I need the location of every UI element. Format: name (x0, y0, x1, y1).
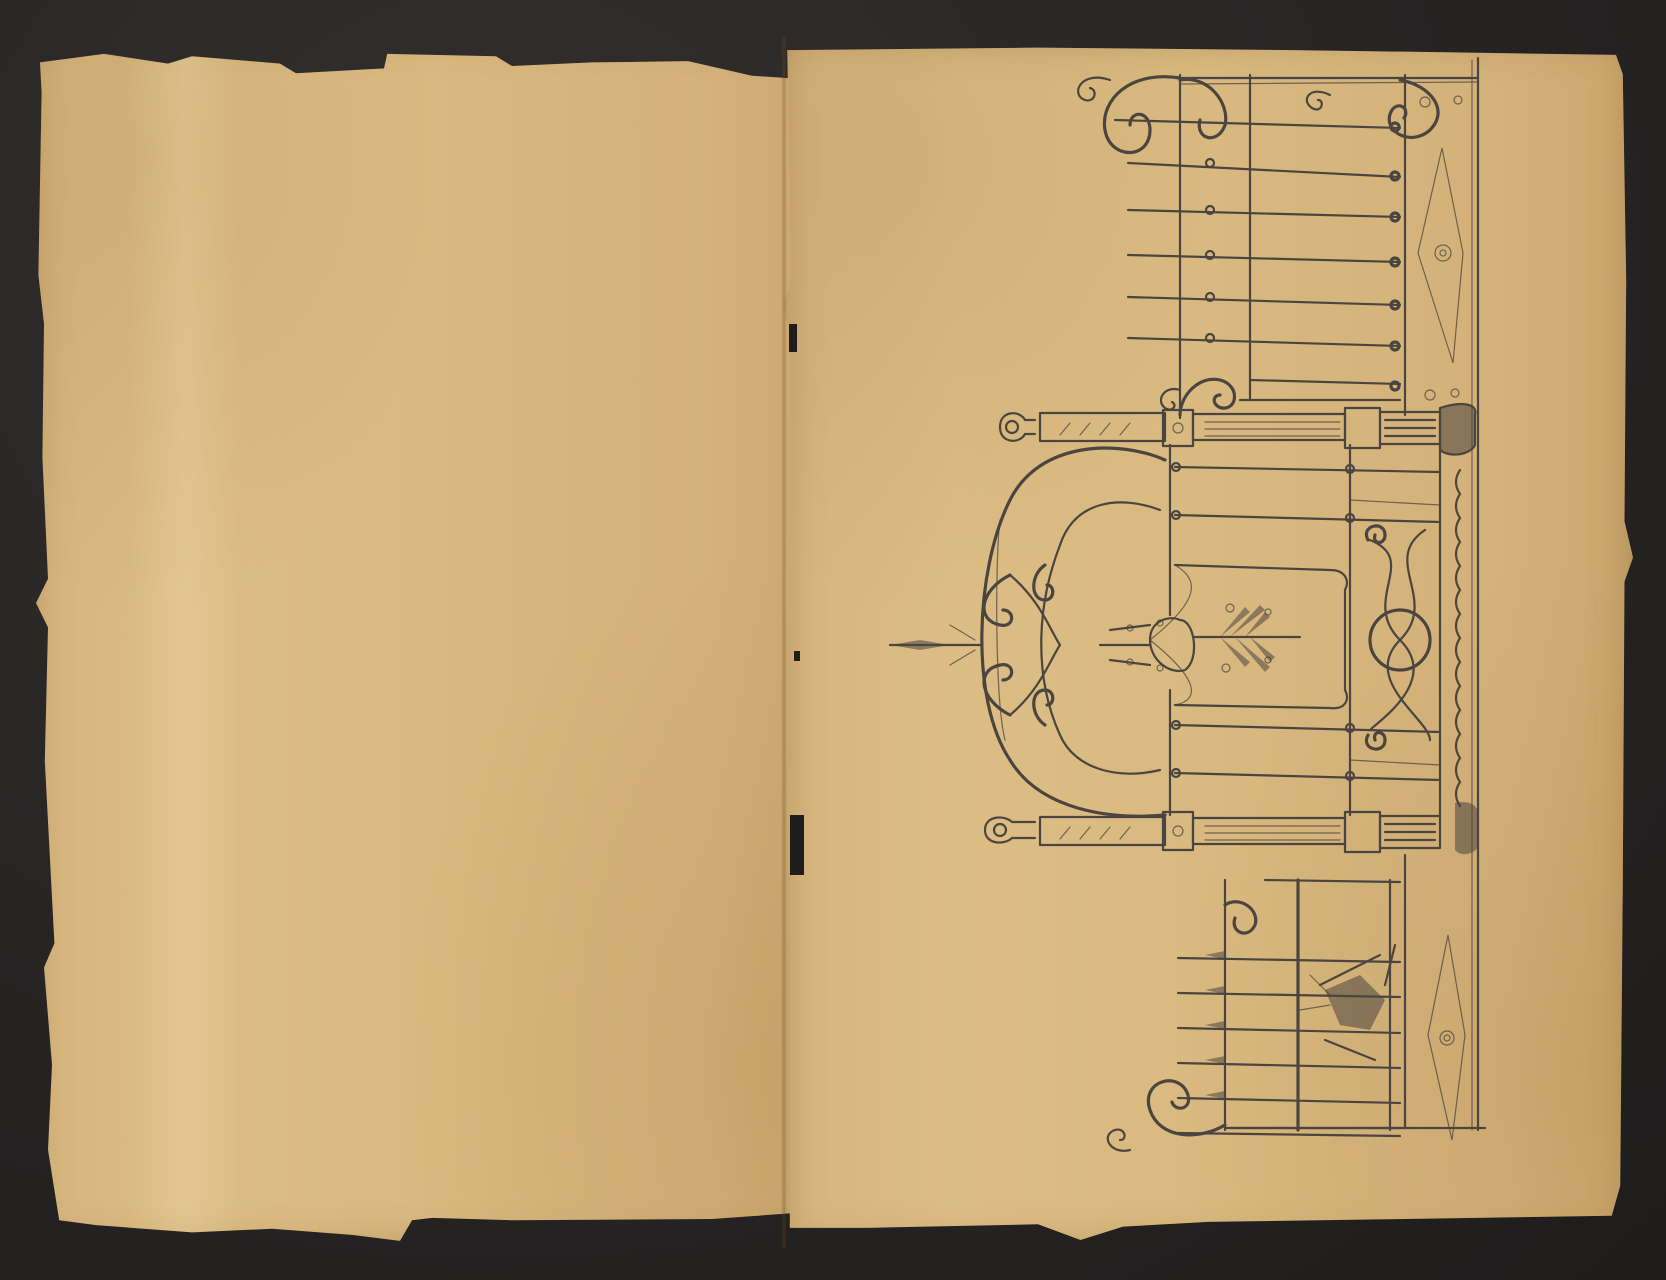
upper-spikes (1115, 120, 1400, 390)
crown (1100, 618, 1194, 671)
upper-pillar (1000, 404, 1475, 455)
lower-pillar (985, 802, 1478, 854)
oval-crest (890, 448, 1194, 816)
lower-diamond-plaque (1428, 935, 1465, 1140)
upper-diamond-plaque (1418, 96, 1463, 400)
lower-fence-panel (1108, 880, 1465, 1151)
right-page-sketch (783, 38, 1633, 1246)
scroll-crest (890, 565, 1060, 725)
left-page-blank (32, 32, 832, 1247)
lower-spikes (1178, 951, 1400, 1136)
spine-tear (789, 324, 797, 352)
lower-scrolls (1108, 902, 1256, 1151)
spine-tear (790, 815, 804, 875)
center-fold-spine (781, 36, 787, 1248)
center-gate (1150, 445, 1460, 815)
spine-tear (794, 651, 800, 661)
gate-drawing (783, 38, 1633, 1246)
